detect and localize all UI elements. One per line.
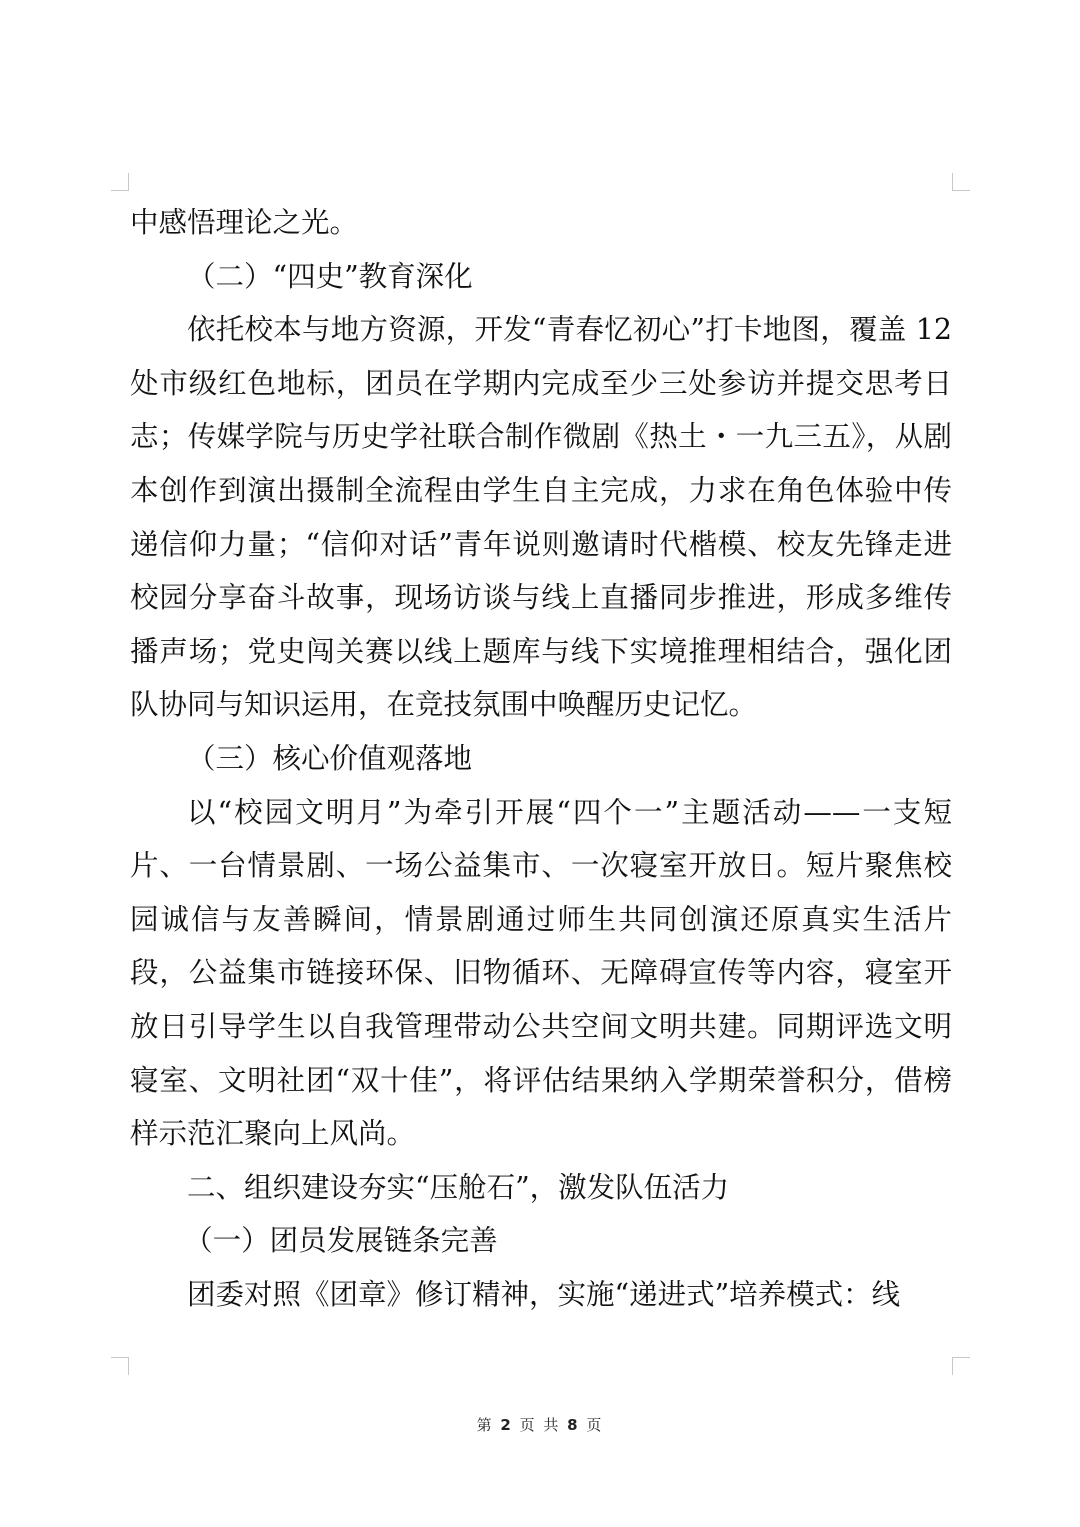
section-heading-organization: 二、组织建设夯实“压舱石”，激发队伍活力 <box>130 1161 952 1215</box>
current-page-number: 2 <box>500 1416 512 1434</box>
document-page: 中感悟理论之光。 （二）“四史”教育深化 依托校本与地方资源，开发“青春忆初心”… <box>0 0 1080 1527</box>
paragraph-four-histories: 依托校本与地方资源，开发“青春忆初心”打卡地图，覆盖 12 处市级红色地标，团员… <box>130 303 952 732</box>
page-footer: 第 2 页 共 8 页 <box>0 1414 1080 1435</box>
margin-corner-mark-top-right <box>952 173 970 191</box>
section-heading-core-values: （三）核心价值观落地 <box>130 732 952 786</box>
footer-middle: 页 共 <box>520 1416 561 1434</box>
margin-corner-mark-bottom-right <box>952 1357 970 1375</box>
total-page-count: 8 <box>567 1416 579 1434</box>
paragraph-member-development: 团委对照《团章》修订精神，实施“递进式”培养模式：线 <box>130 1268 952 1322</box>
footer-suffix: 页 <box>586 1416 603 1434</box>
section-heading-member-development: （一）团员发展链条完善 <box>130 1214 952 1268</box>
section-heading-four-histories: （二）“四史”教育深化 <box>130 250 952 304</box>
paragraph-continuation: 中感悟理论之光。 <box>130 196 952 250</box>
margin-corner-mark-bottom-left <box>111 1357 129 1375</box>
paragraph-core-values: 以“校园文明月”为牵引开展“四个一”主题活动——一支短片、一台情景剧、一场公益集… <box>130 786 952 1161</box>
document-body: 中感悟理论之光。 （二）“四史”教育深化 依托校本与地方资源，开发“青春忆初心”… <box>130 196 952 1321</box>
footer-prefix: 第 <box>477 1416 494 1434</box>
margin-corner-mark-top-left <box>111 173 129 191</box>
